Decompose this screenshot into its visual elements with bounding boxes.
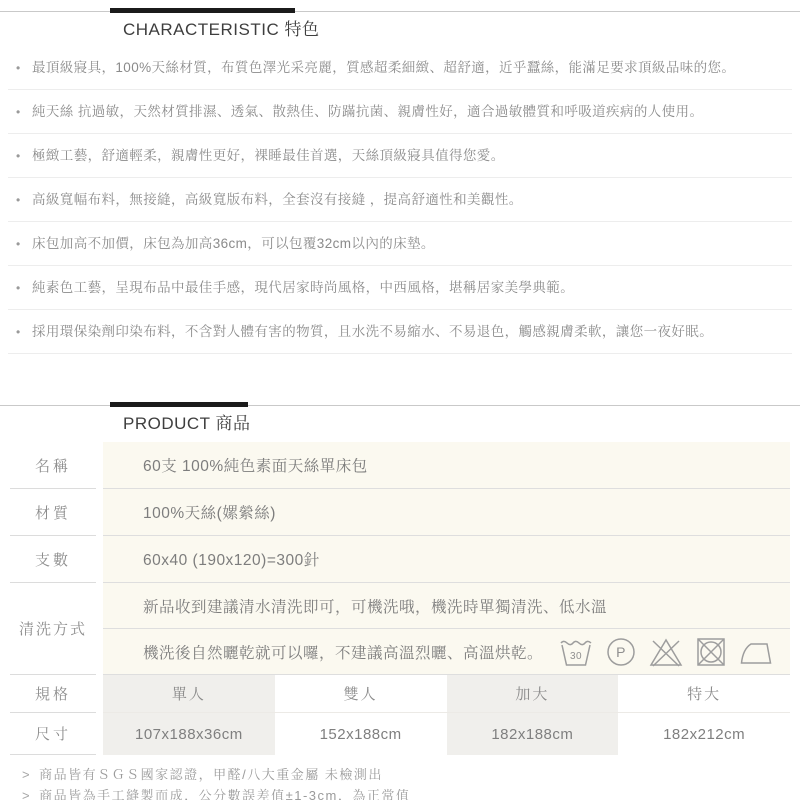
feature-item: • 高級寬幅布料，無接縫，高級寬版布料，全套沒有接縫 ，提高舒適性和美觀性。 xyxy=(8,178,792,222)
spec-columns: 單人 雙人 加大 特大 xyxy=(103,675,790,713)
care-icons: 30 P xyxy=(558,636,790,668)
header-accent-bar xyxy=(110,8,295,13)
characteristic-header: CHARACTERISTIC 特色 xyxy=(0,4,800,40)
size-col-queen: 182x188cm xyxy=(447,713,619,755)
table-row-material: 材質 100%天絲(嫘縈絲) xyxy=(10,489,790,536)
table-row-thread-count: 支數 60x40 (190x120)=300針 xyxy=(10,536,790,583)
spec-col-double: 雙人 xyxy=(275,675,447,713)
feature-item: • 床包加高不加價，床包為加高36cm，可以包覆32cm以內的床墊。 xyxy=(8,222,792,266)
footnote-text: 商品皆有ＳＧＳ國家認證，甲醛/八大重金屬 未檢測出 xyxy=(39,767,383,782)
characteristic-title: CHARACTERISTIC 特色 xyxy=(123,15,319,40)
footnote-line: >商品皆為手工縫製而成，公分數誤差值±1-3cm，為正常值 xyxy=(22,785,800,800)
row-label: 清洗方式 xyxy=(10,583,96,675)
row-label: 尺寸 xyxy=(10,713,96,755)
spec-col-king: 特大 xyxy=(618,675,790,713)
size-col-king: 182x212cm xyxy=(618,713,790,755)
feature-text: 純素色工藝，呈現布品中最佳手感，現代居家時尚風格，中西風格，堪稱居家美學典範。 xyxy=(32,280,574,295)
feature-text: 床包加高不加價，床包為加高36cm，可以包覆32cm以內的床墊。 xyxy=(32,236,435,251)
bullet-icon: • xyxy=(16,236,21,252)
feature-item: • 極緻工藝，舒適輕柔，親膚性更好，裸睡最佳首選，天絲頂級寢具值得您愛。 xyxy=(8,134,792,178)
product-header: PRODUCT 商品 xyxy=(0,398,800,434)
table-row-name: 名稱 60支 100%純色素面天絲單床包 xyxy=(10,442,790,489)
bullet-icon: • xyxy=(16,192,21,208)
table-row-washing: 清洗方式 新品收到建議清水清洗即可，可機洗哦，機洗時單獨清洗、低水溫 機洗後自然… xyxy=(10,583,790,675)
no-tumble-dry-icon xyxy=(695,636,727,668)
feature-text: 採用環保染劑印染布料，不含對人體有害的物質，且水洗不易縮水、不易退色，觸感親膚柔… xyxy=(32,324,713,339)
feature-text: 純天絲 抗過敏，天然材質排濕、透氣、散熱佳、防蹣抗菌、親膚性好，適合過敏體質和呼… xyxy=(32,104,703,119)
footnote-line: >商品皆有ＳＧＳ國家認證，甲醛/八大重金屬 未檢測出 xyxy=(22,764,800,785)
feature-item: • 純素色工藝，呈現布品中最佳手感，現代居家時尚風格，中西風格，堪稱居家美學典範… xyxy=(8,266,792,310)
dry-clean-p-icon: P xyxy=(605,636,637,668)
chevron-right-icon: > xyxy=(22,767,31,782)
svg-text:30: 30 xyxy=(570,651,582,662)
washing-cell: 新品收到建議清水清洗即可，可機洗哦，機洗時單獨清洗、低水溫 機洗後自然曬乾就可以… xyxy=(103,583,790,675)
wash-30-icon: 30 xyxy=(558,636,594,668)
washing-line-1: 新品收到建議清水清洗即可，可機洗哦，機洗時單獨清洗、低水溫 xyxy=(103,583,790,629)
row-value: 100%天絲(嫘縈絲) xyxy=(103,489,790,536)
feature-text: 極緻工藝，舒適輕柔，親膚性更好，裸睡最佳首選，天絲頂級寢具值得您愛。 xyxy=(32,148,505,163)
svg-text:P: P xyxy=(616,644,626,660)
header-accent-bar xyxy=(110,402,248,407)
row-label: 材質 xyxy=(10,489,96,536)
size-columns: 107x188x36cm 152x188cm 182x188cm 182x212… xyxy=(103,713,790,755)
feature-item: • 純天絲 抗過敏，天然材質排濕、透氣、散熱佳、防蹣抗菌、親膚性好，適合過敏體質… xyxy=(8,90,792,134)
spec-col-single: 單人 xyxy=(103,675,275,713)
chevron-right-icon: > xyxy=(22,788,31,800)
washing-line-2: 機洗後自然曬乾就可以囉，不建議高溫烈曬、高溫烘乾。 30 P xyxy=(103,629,790,674)
bullet-icon: • xyxy=(16,104,21,120)
no-bleach-icon xyxy=(648,636,684,668)
size-col-single: 107x188x36cm xyxy=(103,713,275,755)
feature-item: • 採用環保染劑印染布料，不含對人體有害的物質，且水洗不易縮水、不易退色，觸感親… xyxy=(8,310,792,354)
row-label: 規格 xyxy=(10,675,96,713)
footnotes: >商品皆有ＳＧＳ國家認證，甲醛/八大重金屬 未檢測出 >商品皆為手工縫製而成，公… xyxy=(22,764,800,800)
feature-text: 最頂級寢具，100%天絲材質，布質色澤光采亮麗，質感超柔細緻、超舒適，近乎蠶絲，… xyxy=(32,60,735,75)
bullet-icon: • xyxy=(16,280,21,296)
iron-icon xyxy=(738,636,774,668)
row-value: 60支 100%純色素面天絲單床包 xyxy=(103,442,790,489)
size-col-double: 152x188cm xyxy=(275,713,447,755)
spec-col-queen: 加大 xyxy=(447,675,619,713)
table-row-spec: 規格 單人 雙人 加大 特大 xyxy=(10,675,790,713)
bullet-icon: • xyxy=(16,324,21,340)
feature-text: 高級寬幅布料，無接縫，高級寬版布料，全套沒有接縫 ，提高舒適性和美觀性。 xyxy=(32,192,523,207)
row-label: 支數 xyxy=(10,536,96,583)
table-row-size: 尺寸 107x188x36cm 152x188cm 182x188cm 182x… xyxy=(10,713,790,755)
row-value: 60x40 (190x120)=300針 xyxy=(103,536,790,583)
washing-text: 機洗後自然曬乾就可以囉，不建議高溫烈曬、高溫烘乾。 xyxy=(143,641,543,663)
washing-text: 新品收到建議清水清洗即可，可機洗哦，機洗時單獨清洗、低水溫 xyxy=(143,595,607,617)
feature-list: • 最頂級寢具，100%天絲材質，布質色澤光采亮麗，質感超柔細緻、超舒適，近乎蠶… xyxy=(8,46,792,354)
product-table: 名稱 60支 100%純色素面天絲單床包 材質 100%天絲(嫘縈絲) 支數 6… xyxy=(10,442,790,755)
bullet-icon: • xyxy=(16,60,21,76)
bullet-icon: • xyxy=(16,148,21,164)
footnote-text: 商品皆為手工縫製而成，公分數誤差值±1-3cm，為正常值 xyxy=(39,788,410,800)
product-title: PRODUCT 商品 xyxy=(123,409,250,434)
feature-item: • 最頂級寢具，100%天絲材質，布質色澤光采亮麗，質感超柔細緻、超舒適，近乎蠶… xyxy=(8,46,792,90)
row-label: 名稱 xyxy=(10,442,96,489)
